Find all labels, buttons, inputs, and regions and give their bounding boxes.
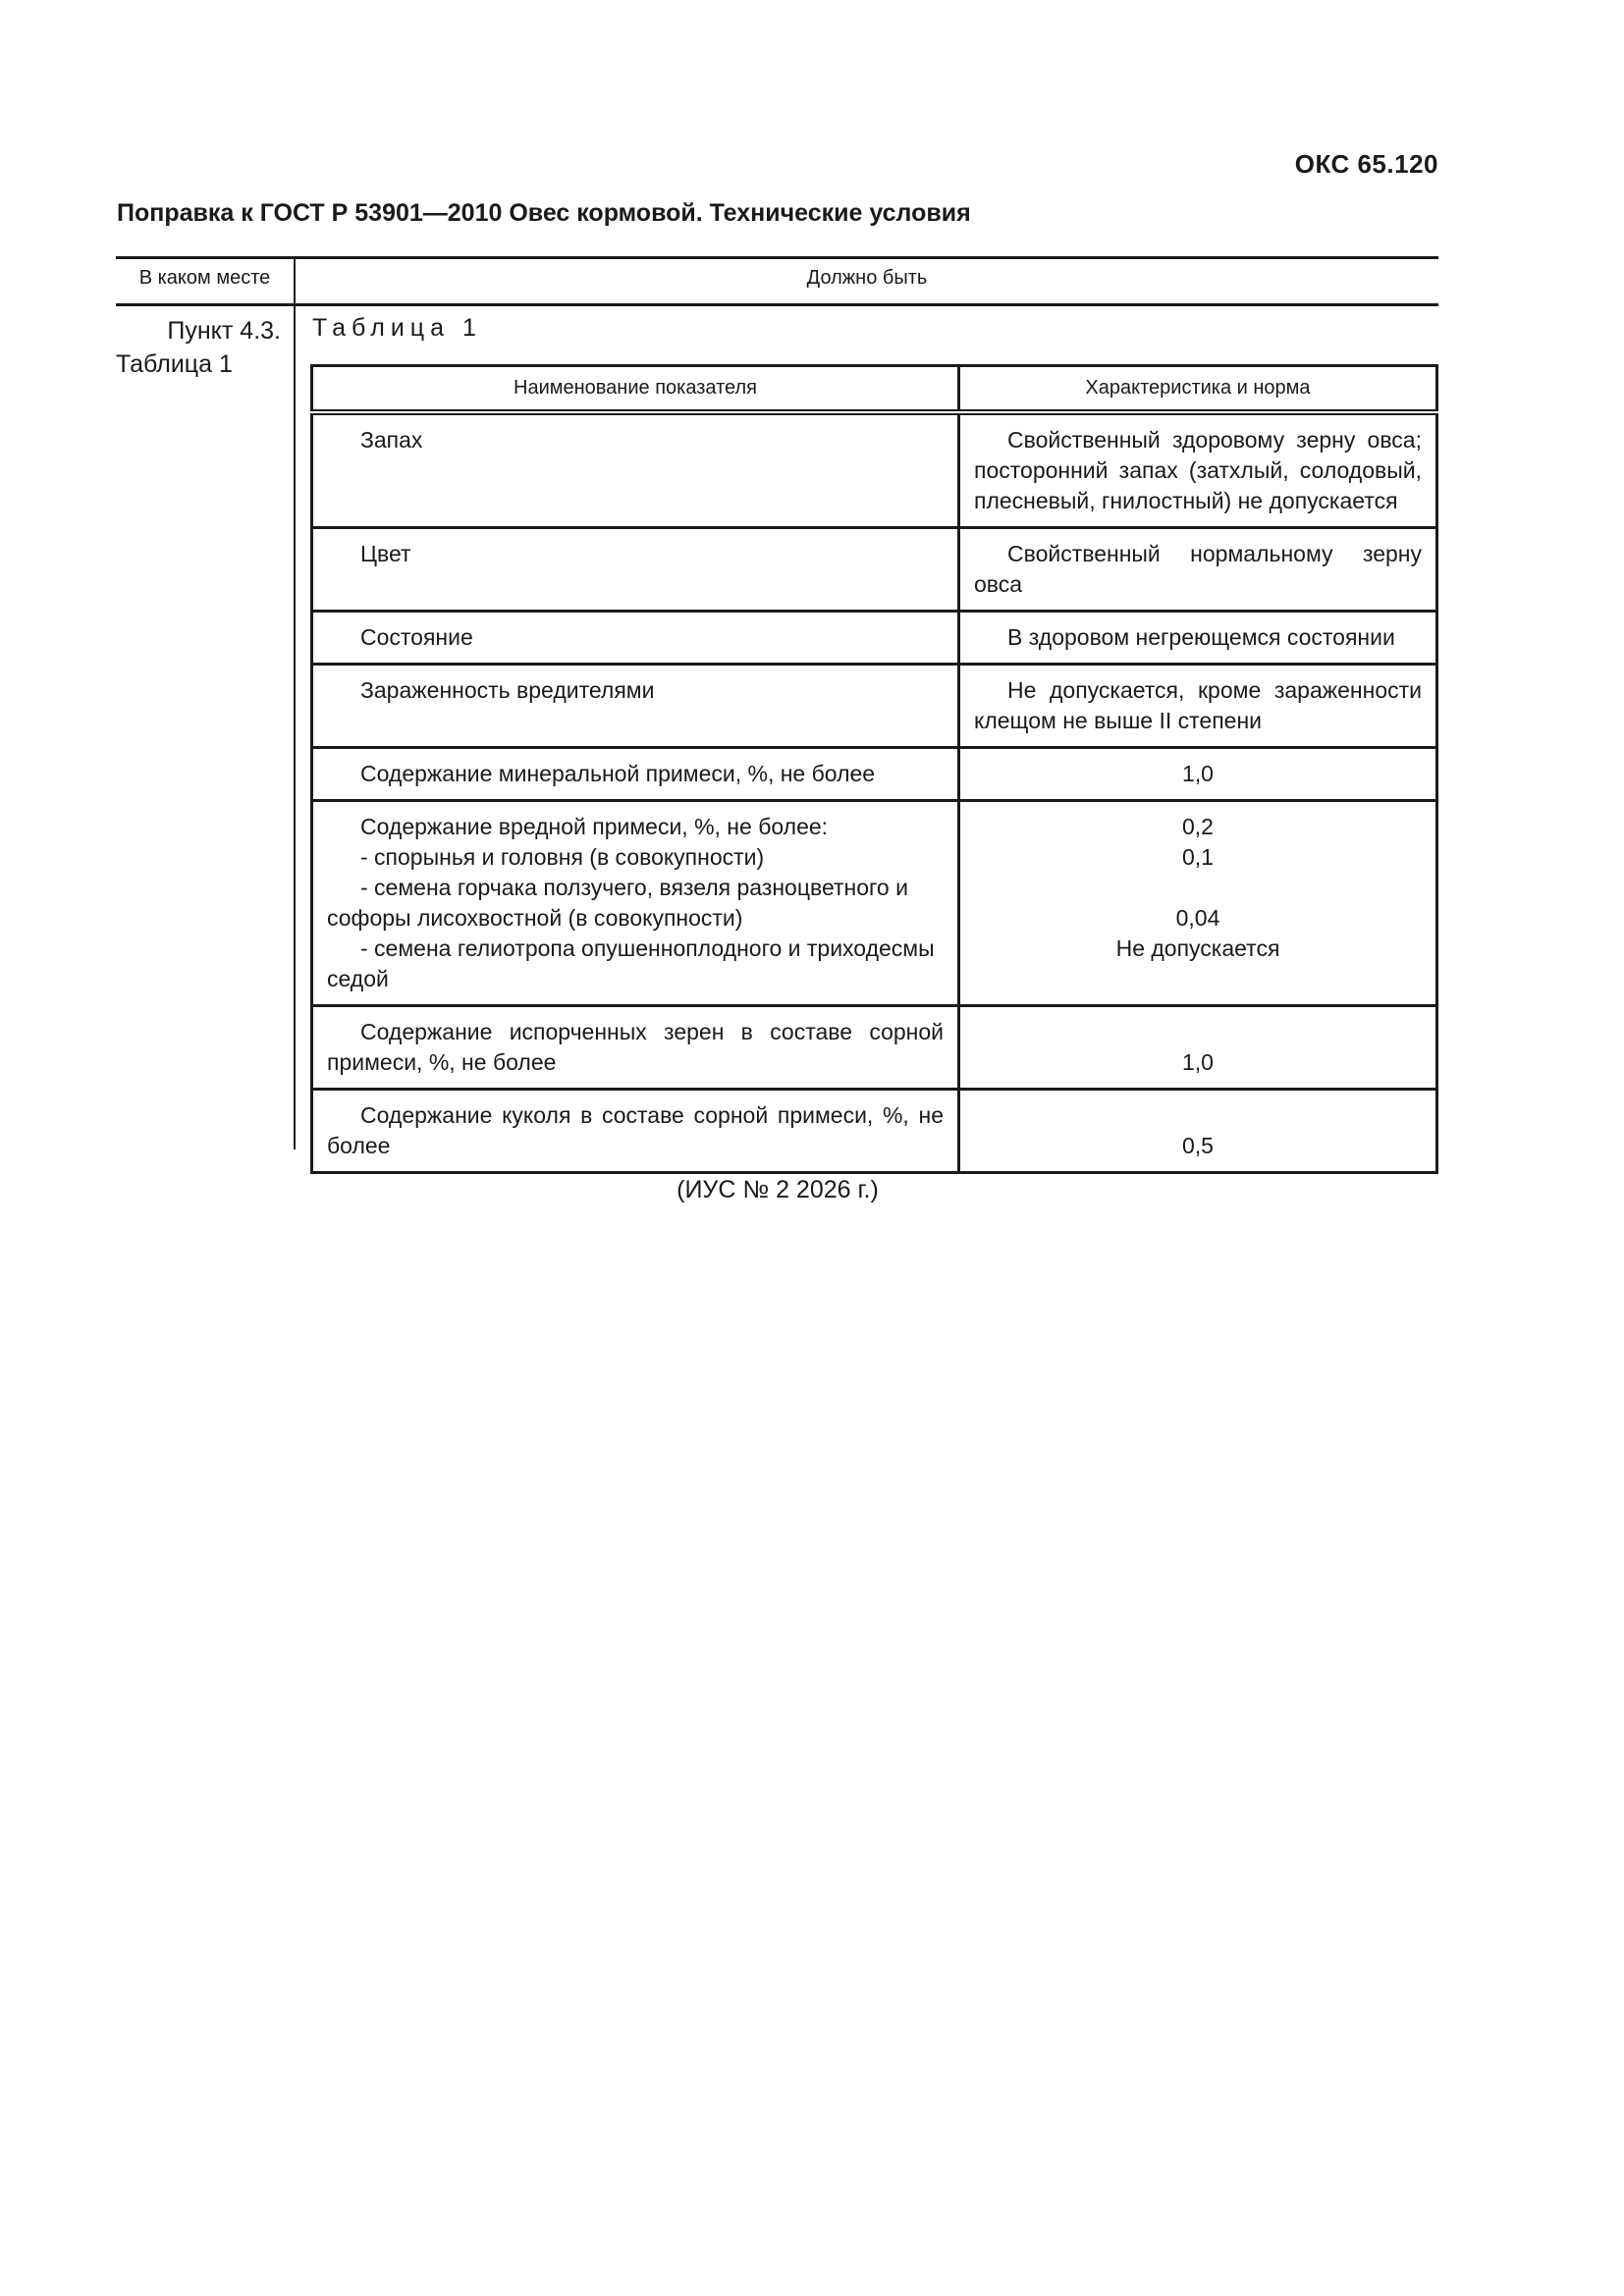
- norm-value: 1,0: [974, 1047, 1422, 1078]
- table-row: Запах Свойственный здоровому зерну овса;…: [312, 412, 1437, 528]
- oks-code: ОКС 65.120: [1295, 149, 1438, 180]
- spacer: [974, 873, 1422, 903]
- sub-indicator-name: - семена горчака ползучего, вязеля разно…: [327, 873, 944, 934]
- indicator-name: Запах: [327, 425, 944, 455]
- document-title: Поправка к ГОСТ Р 53901—2010 Овес кормов…: [117, 199, 971, 228]
- header-norm: Характеристика и норма: [959, 366, 1437, 413]
- table-row: Содержание испорченных зерен в составе с…: [312, 1006, 1437, 1090]
- table-row: Содержание минеральной примеси, %, не бо…: [312, 748, 1437, 801]
- norm-value: Свойственный нормальному зерну овса: [974, 539, 1422, 600]
- ius-reference: (ИУС № 2 2026 г.): [0, 1176, 1555, 1204]
- sub-norm-value: 0,1: [974, 842, 1422, 873]
- spacer: [974, 1017, 1422, 1047]
- indicator-name: Содержание минеральной примеси, %, не бо…: [327, 759, 944, 789]
- indicator-name: Содержание куколя в составе сорной приме…: [327, 1100, 944, 1161]
- sub-indicator-name: - спорынья и головня (в совокупности): [327, 842, 944, 873]
- header-indicator-name: Наименование показателя: [312, 366, 959, 413]
- place-line-2: Таблица 1: [116, 347, 281, 381]
- norm-value: 0,5: [974, 1131, 1422, 1161]
- indicator-name: Состояние: [327, 622, 944, 653]
- norm-value: Свойственный здоровому зерну овса; посто…: [974, 425, 1422, 516]
- norms-table-header: Наименование показателя Характеристика и…: [312, 366, 1437, 413]
- norm-value: 1,0: [974, 759, 1422, 789]
- spacer: [974, 1100, 1422, 1131]
- table-top-rule: [116, 256, 1438, 259]
- norm-value: 0,2: [974, 812, 1422, 842]
- table-row: Цвет Свойственный нормальному зерну овса: [312, 528, 1437, 612]
- table-row: Содержание вредной примеси, %, не более:…: [312, 801, 1437, 1006]
- norm-value: В здоровом негреющемся состоянии: [974, 622, 1422, 653]
- column-header-should-be: Должно быть: [296, 267, 1438, 290]
- table-row: Состояние В здоровом негреющемся состоян…: [312, 612, 1437, 665]
- table-row: Зараженность вредителями Не допускается,…: [312, 665, 1437, 748]
- column-header-where: В каком месте: [116, 267, 294, 290]
- indicator-name: Цвет: [327, 539, 944, 569]
- indicator-name: Зараженность вредителями: [327, 675, 944, 706]
- norms-table: Наименование показателя Характеристика и…: [310, 364, 1438, 1174]
- indicator-name: Содержание вредной примеси, %, не более:: [327, 812, 944, 842]
- norm-value: Не допускается, кроме зараженности клещо…: [974, 675, 1422, 736]
- column-divider: [294, 256, 296, 1149]
- amendment-place: Пункт 4.3. Таблица 1: [116, 314, 281, 381]
- place-line-1: Пункт 4.3.: [116, 314, 281, 347]
- sub-norm-value: Не допускается: [974, 934, 1422, 964]
- sub-indicator-name: - семена гелиотропа опушенноплодного и т…: [327, 934, 944, 994]
- indicator-name: Содержание испорченных зерен в составе с…: [327, 1017, 944, 1078]
- table-caption: Таблица 1: [312, 314, 482, 343]
- table-row: Содержание куколя в составе сорной приме…: [312, 1090, 1437, 1173]
- sub-norm-value: 0,04: [974, 903, 1422, 934]
- table-header-rule: [116, 303, 1438, 306]
